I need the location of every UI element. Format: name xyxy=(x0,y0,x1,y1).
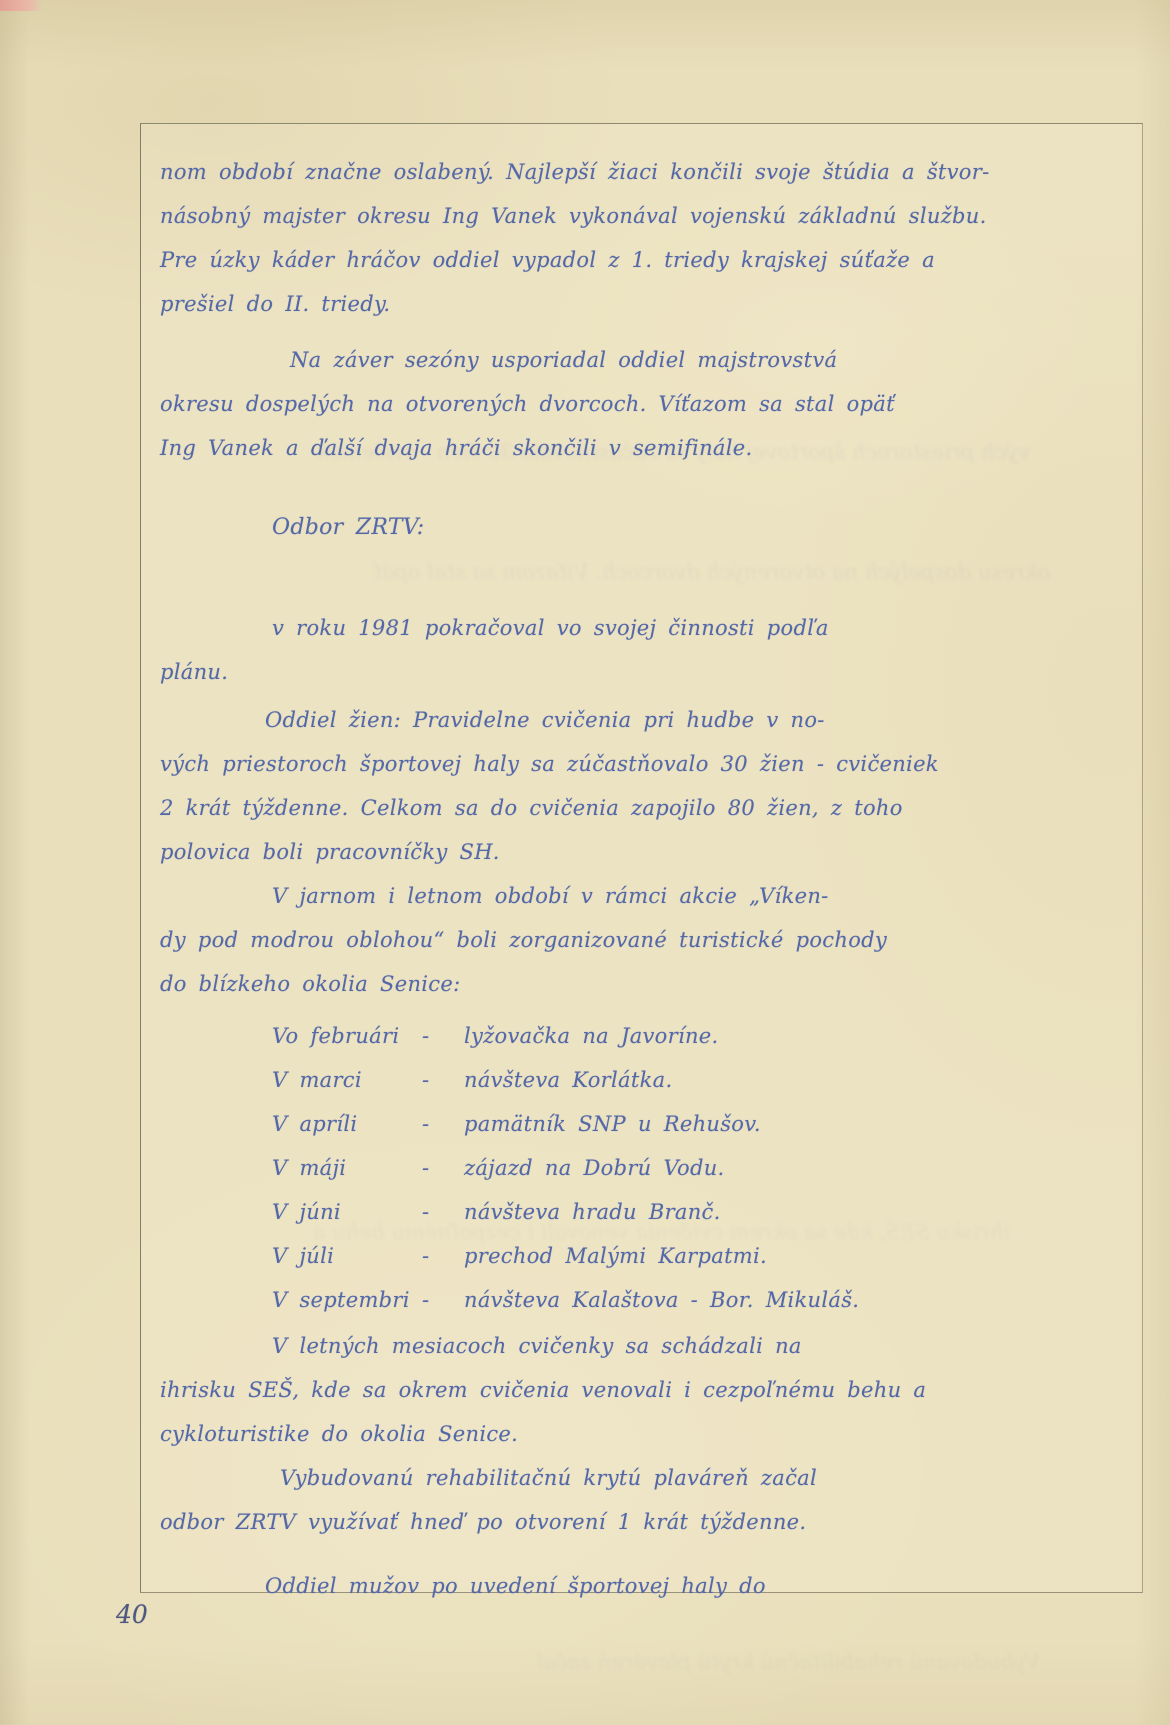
trip-description: lyžovačka na Javoríne. xyxy=(464,1024,719,1048)
paragraph-district-championship: Na záver sezóny usporiadal oddiel majstr… xyxy=(160,338,1032,470)
trip-dash: - xyxy=(422,1102,464,1146)
handwritten-line: násobný majster okresu Ing Vanek vykonáv… xyxy=(160,194,1032,238)
scan-edge-artifact xyxy=(0,0,42,11)
handwritten-line: odbor ZRTV využívať hneď po otvorení 1 k… xyxy=(160,1500,1032,1544)
page-number: 40 xyxy=(116,1600,148,1629)
handwritten-line: dy pod modrou oblohou“ boli zorganizovan… xyxy=(160,918,1032,962)
trip-dash: - xyxy=(422,1190,464,1234)
paragraph-womens-section: Oddiel žien: Pravidelne cvičenia pri hud… xyxy=(160,698,1032,874)
trip-list-item: V júli-prechod Malými Karpatmi. xyxy=(160,1234,1032,1278)
trip-list-item: V marci-návšteva Korlátka. xyxy=(160,1058,1032,1102)
trip-list-item: V septembri-návšteva Kalaštova - Bor. Mi… xyxy=(160,1278,1032,1322)
handwritten-line: prešiel do II. triedy. xyxy=(160,282,1032,326)
trip-list-item: V máji-zájazd na Dobrú Vodu. xyxy=(160,1146,1032,1190)
paragraph-swimming-pool: Vybudovanú rehabilitačnú krytú plaváreň … xyxy=(160,1456,1032,1544)
handwritten-line: plánu. xyxy=(160,650,1032,694)
trip-month: V septembri xyxy=(272,1278,422,1322)
trip-list: Vo februári-lyžovačka na Javoríne. V mar… xyxy=(160,1014,1032,1322)
paragraph-mens-section: Oddiel mužov po uvedení športovej haly d… xyxy=(160,1564,1032,1608)
trip-description: návšteva Kalaštova - Bor. Mikuláš. xyxy=(464,1288,859,1312)
trip-month: V apríli xyxy=(272,1102,422,1146)
trip-month: V máji xyxy=(272,1146,422,1190)
trip-dash: - xyxy=(422,1146,464,1190)
show-through-ghost: Vybudovanú rehabilitačnú krytú plaváreň … xyxy=(180,1650,1040,1674)
trip-list-item: V apríli-pamätník SNP u Rehušov. xyxy=(160,1102,1032,1146)
paragraph-tennis-season: nom období značne oslabený. Najlepší žia… xyxy=(160,150,1032,326)
handwritten-line: Oddiel mužov po uvedení športovej haly d… xyxy=(160,1564,1032,1608)
handwritten-line: V letných mesiacoch cvičenky sa schádzal… xyxy=(160,1324,1032,1368)
handwritten-line: vých priestoroch športovej haly sa zúčas… xyxy=(160,742,1032,786)
handwritten-line: 2 krát týždenne. Celkom sa do cvičenia z… xyxy=(160,786,1032,830)
trip-dash: - xyxy=(422,1058,464,1102)
handwritten-line: do blízkeho okolia Senice: xyxy=(160,962,1032,1006)
trip-month: Vo februári xyxy=(272,1014,422,1058)
handwritten-line: v roku 1981 pokračoval vo svojej činnost… xyxy=(160,606,1032,650)
handwritten-line: ihrisku SEŠ, kde sa okrem cvičenia venov… xyxy=(160,1368,1032,1412)
handwritten-line: V jarnom i letnom období v rámci akcie „… xyxy=(160,874,1032,918)
paragraph-summer-training: V letných mesiacoch cvičenky sa schádzal… xyxy=(160,1324,1032,1456)
handwritten-line: polovica boli pracovníčky SH. xyxy=(160,830,1032,874)
paragraph-plan-1981: v roku 1981 pokračoval vo svojej činnost… xyxy=(160,606,1032,694)
handwritten-line: Oddiel žien: Pravidelne cvičenia pri hud… xyxy=(160,698,1032,742)
handwritten-line: Pre úzky káder hráčov oddiel vypadol z 1… xyxy=(160,238,1032,282)
trip-description: pamätník SNP u Rehušov. xyxy=(464,1112,761,1136)
trip-dash: - xyxy=(422,1014,464,1058)
section-heading: Odbor ZRTV: xyxy=(160,506,1032,550)
trip-dash: - xyxy=(422,1278,464,1322)
handwritten-line: okresu dospelých na otvorených dvorcoch.… xyxy=(160,382,1032,426)
trip-list-item: Vo februári-lyžovačka na Javoríne. xyxy=(160,1014,1032,1058)
trip-dash: - xyxy=(422,1234,464,1278)
trip-description: návšteva hradu Branč. xyxy=(464,1200,721,1224)
trip-description: prechod Malými Karpatmi. xyxy=(464,1244,767,1268)
paragraph-weekend-hikes: V jarnom i letnom období v rámci akcie „… xyxy=(160,874,1032,1006)
trip-month: V júli xyxy=(272,1234,422,1278)
trip-description: návšteva Korlátka. xyxy=(464,1068,672,1092)
section-heading-block: Odbor ZRTV: xyxy=(160,506,1032,550)
trip-description: zájazd na Dobrú Vodu. xyxy=(464,1156,725,1180)
handwritten-line: Ing Vanek a ďalší dvaja hráči skončili v… xyxy=(160,426,1032,470)
handwritten-line: Na záver sezóny usporiadal oddiel majstr… xyxy=(160,338,1032,382)
handwritten-line: Vybudovanú rehabilitačnú krytú plaváreň … xyxy=(160,1456,1032,1500)
handwritten-line: nom období značne oslabený. Najlepší žia… xyxy=(160,150,1032,194)
trip-month: V marci xyxy=(272,1058,422,1102)
handwritten-line: cykloturistike do okolia Senice. xyxy=(160,1412,1032,1456)
trip-month: V júni xyxy=(272,1190,422,1234)
trip-list-item: V júni-návšteva hradu Branč. xyxy=(160,1190,1032,1234)
handwritten-text-column: nom období značne oslabený. Najlepší žia… xyxy=(160,150,1032,1608)
